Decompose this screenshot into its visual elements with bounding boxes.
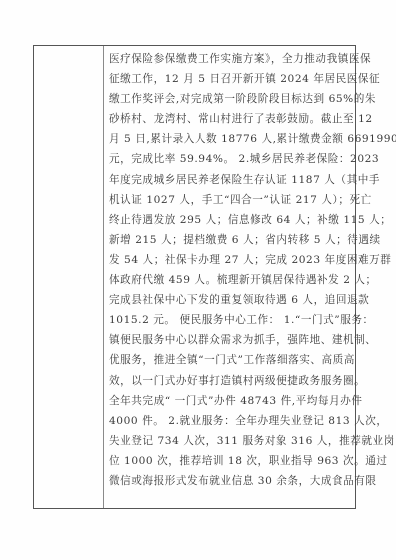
text-line: 失业登记 734 人次，311 服务对象 316 人，推荐就业岗 [109, 431, 351, 451]
text-line: 砂桥村、龙湾村、常山村进行了表彰鼓励。截止至 12 [109, 109, 351, 129]
text-line: 终止待遇发放 295 人；信息修改 64 人；补缴 115 人； [109, 210, 351, 230]
text-line: 医疗保险参保缴费工作实施方案》，全力推动我镇医保 [109, 49, 351, 69]
text-line: 元，完成比率 59.94%。 2.城乡居民养老保险：2023 [109, 149, 351, 169]
text-line: 效，以一门式办好事打造镇村两级便捷政务服务圈。 [109, 371, 351, 391]
text-line: 镇便民服务中心以群众需求为抓手，强阵地、建机制、 [109, 330, 351, 350]
text-line: 年度完成城乡居民养老保险生存认证 1187 人（其中手 [109, 170, 351, 190]
document-page: 医疗保险参保缴费工作实施方案》，全力推动我镇医保 征缴工作，12 月 5 日召开… [0, 0, 396, 560]
text-line: 新增 215 人；提档缴费 6 人；省内转移 5 人；待遇续 [109, 230, 351, 250]
text-line: 4000 件。 2.就业服务：全年办理失业登记 813 人次， [109, 411, 351, 431]
text-line: 机认证 1027 人，手工“四合一”认证 217 人）；死亡 [109, 190, 351, 210]
text-line: 征缴工作，12 月 5 日召开新开镇 2024 年居民医保征 [109, 69, 351, 89]
text-line: 1015.2 元。 便民服务中心工作： 1.“一门式”服务： [109, 310, 351, 330]
text-line: 完成县社保中心下发的重复领取待遇 6 人，追回退款 [109, 290, 351, 310]
text-line: 发 54 人；社保卡办理 27 人；完成 2023 年度困难万群 [109, 250, 351, 270]
text-line: 位 1000 次，推荐培训 18 次，职业指导 963 次。通过 [109, 451, 351, 471]
text-line: 体政府代缴 459 人。梳理新开镇居保待遇补发 2 人； [109, 270, 351, 290]
text-line: 微信或海报形式发布就业信息 30 余条，大成食品有限 [109, 471, 351, 491]
text-line: 月 5 日,累计录入人数 18776 人,累计缴费金额 6691990 [109, 129, 351, 149]
table-content-cell: 医疗保险参保缴费工作实施方案》，全力推动我镇医保 征缴工作，12 月 5 日召开… [104, 46, 355, 508]
table-left-cell [34, 46, 104, 508]
table-frame: 医疗保险参保缴费工作实施方案》，全力推动我镇医保 征缴工作，12 月 5 日召开… [33, 45, 356, 509]
text-line: 缴工作奖评会,对完成第一阶段阶段目标达到 65%的朱 [109, 89, 351, 109]
text-line: 优服务，推进全镇“一门式”工作落细落实、高质高 [109, 350, 351, 370]
text-line: 全年共完成“ 一门式”办件 48743 件,平均每月办件 [109, 391, 351, 411]
